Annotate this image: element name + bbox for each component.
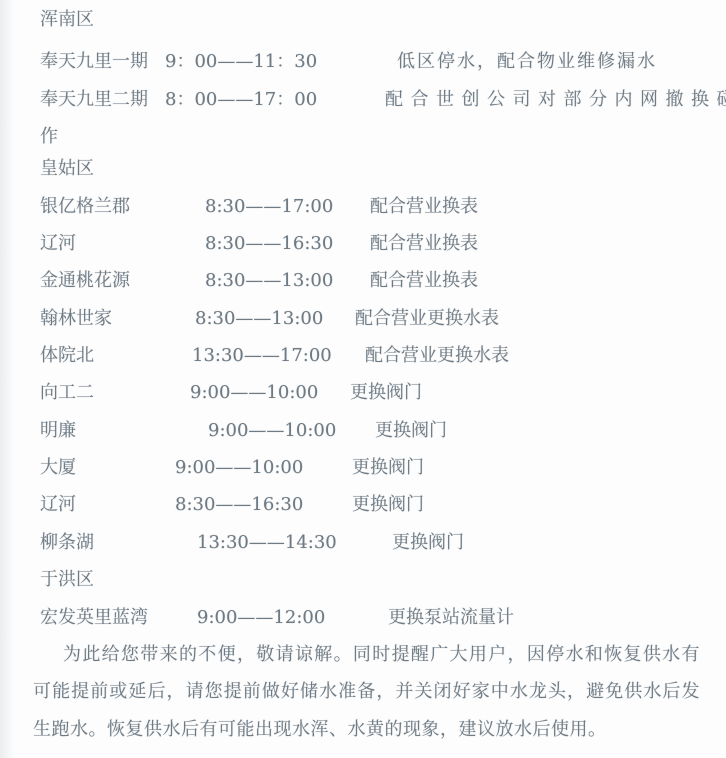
community-name: 奉天九里一期 [40, 43, 148, 80]
time-range: 8:30——16:30 [175, 486, 303, 523]
work-reason: 更换阀门 [352, 449, 424, 486]
notice-paragraph-line: 可能提前或延后，请您提前做好储水准备，并关闭好家中水龙头，避免供水后发 [33, 673, 700, 710]
district-name: 浑南区 [40, 1, 94, 38]
document-page: { "document": { "text_color": "#6e7a84",… [0, 0, 726, 758]
schedule-row: 向工二 9:00——10:00 更换阀门 [40, 374, 700, 411]
time-range: 9:00——10:00 [175, 449, 303, 486]
time-range: 9:00——10:00 [208, 412, 336, 449]
community-name: 大厦 [40, 449, 76, 486]
time-range: 9:00——10:00 [190, 374, 318, 411]
district-name: 于洪区 [40, 561, 94, 598]
work-reason: 更换阀门 [350, 374, 422, 411]
time-range: 9：00——11：30 [165, 43, 317, 80]
community-name: 银亿格兰郡 [40, 188, 130, 225]
schedule-row: 辽河 8:30——16:30 更换阀门 [40, 486, 700, 523]
notice-paragraph: 为此给您带来的不便，敬请谅解。同时提醒广大用户，因停水和恢复供水有 可能提前或延… [33, 636, 700, 748]
work-reason: 配合营业换表 [370, 188, 478, 225]
schedule-row: 体院北 13:30——17:00 配合营业更换水表 [40, 337, 700, 374]
schedule-row: 宏发英里蓝湾 9:00——12:00 更换泵站流量计 [40, 599, 700, 636]
time-range: 8:30——17:00 [205, 188, 333, 225]
schedule-row: 金通桃花源 8:30——13:00 配合营业换表 [40, 262, 700, 299]
work-reason: 配合营业更换水表 [365, 337, 509, 374]
schedule-row: 银亿格兰郡 8:30——17:00 配合营业换表 [40, 188, 700, 225]
work-reason: 低区停水，配合物业维修漏水 [397, 43, 657, 80]
schedule-row: 翰林世家 8:30——13:00 配合营业更换水表 [40, 300, 700, 337]
schedule-row: 柳条湖 13:30——14:30 更换阀门 [40, 524, 700, 561]
schedule-row: 大厦 9:00——10:00 更换阀门 [40, 449, 700, 486]
work-reason: 配合营业换表 [370, 262, 478, 299]
time-range: 13:30——14:30 [197, 524, 337, 561]
work-reason: 更换阀门 [375, 412, 447, 449]
time-range: 9:00——12:00 [197, 599, 325, 636]
community-name: 翰林世家 [40, 300, 112, 337]
community-name: 奉天九里二期 [40, 81, 148, 118]
schedule-row: 奉天九里一期 9：00——11：30 低区停水，配合物业维修漏水 [40, 43, 700, 80]
schedule-row: 奉天九里二期 8：00——17：00 配合世创公司对部分内网撤换碰头工 [40, 81, 700, 118]
time-range: 8:30——13:00 [195, 300, 323, 337]
district-heading: 浑南区 [40, 1, 700, 38]
district-heading: 皇姑区 [40, 150, 700, 187]
work-reason: 更换阀门 [392, 524, 464, 561]
schedule-row: 辽河 8:30——16:30 配合营业换表 [40, 225, 700, 262]
community-name: 辽河 [40, 486, 76, 523]
district-name: 皇姑区 [40, 150, 94, 187]
community-name: 辽河 [40, 225, 76, 262]
community-name: 金通桃花源 [40, 262, 130, 299]
district-heading: 于洪区 [40, 561, 700, 598]
community-name: 明廉 [40, 412, 76, 449]
community-name: 柳条湖 [40, 524, 94, 561]
time-range: 13:30——17:00 [192, 337, 332, 374]
notice-paragraph-line: 生跑水。恢复供水后有可能出现水浑、水黄的现象，建议放水后使用。 [33, 711, 700, 748]
work-reason: 更换泵站流量计 [388, 599, 514, 636]
outage-notice: 浑南区 奉天九里一期 9：00——11：30 低区停水，配合物业维修漏水 奉天九… [0, 0, 726, 748]
work-reason: 更换阀门 [352, 486, 424, 523]
time-range: 8：00——17：00 [165, 81, 317, 118]
time-range: 8:30——16:30 [205, 225, 333, 262]
work-reason: 配合营业更换水表 [355, 300, 499, 337]
community-name: 宏发英里蓝湾 [40, 599, 148, 636]
work-reason: 配合营业换表 [370, 225, 478, 262]
time-range: 8:30——13:00 [205, 262, 333, 299]
community-name: 体院北 [40, 337, 94, 374]
notice-paragraph-line: 为此给您带来的不便，敬请谅解。同时提醒广大用户，因停水和恢复供水有 [33, 636, 700, 673]
work-reason: 配合世创公司对部分内网撤换碰头工 [385, 81, 726, 118]
community-name: 向工二 [40, 374, 94, 411]
schedule-row: 明廉 9:00——10:00 更换阀门 [40, 412, 700, 449]
